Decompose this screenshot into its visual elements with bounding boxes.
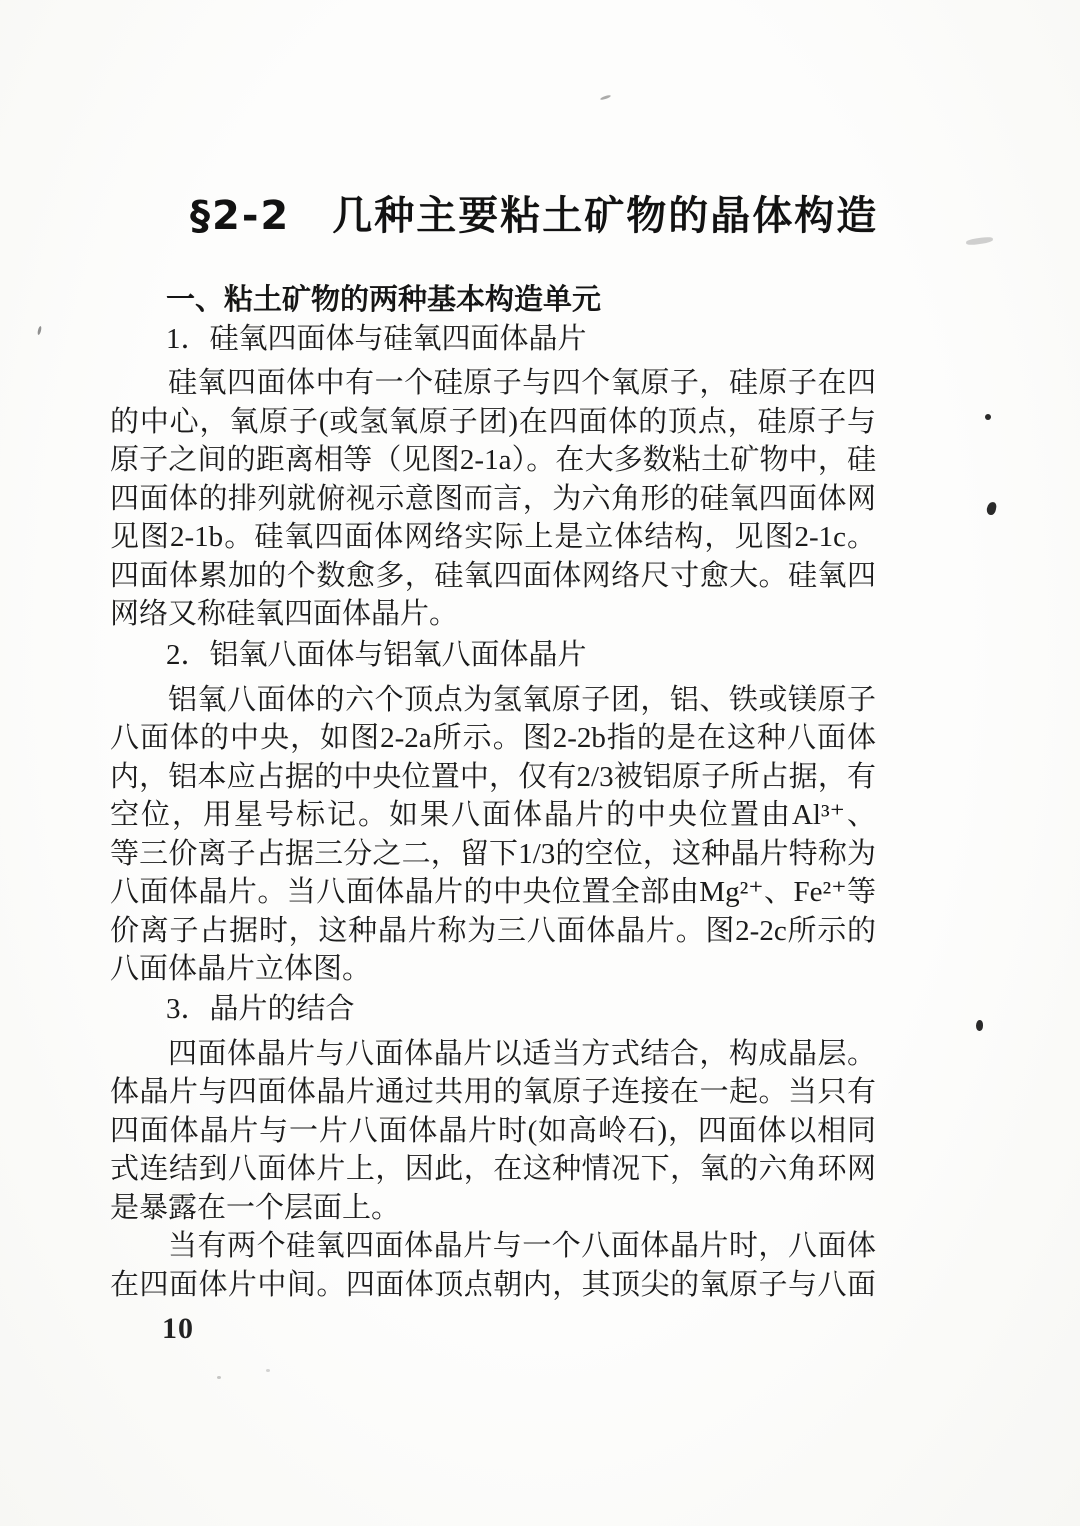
- paragraph-sheet-combination-2: 当有两个硅氧四面体晶片与一个八面体晶片时，八面体片夹 在四面体片中间。四面体顶点…: [110, 1227, 876, 1304]
- page-number: 10: [162, 1312, 194, 1346]
- body-line: 式连结到八面体片上，因此，在这种情况下，氧的六角环网络只: [110, 1150, 876, 1189]
- subheading-alumina-octahedron: 2．铝氧八面体与铝氧八面体晶片: [110, 640, 876, 670]
- body-line: 四面体累加的个数愈多，硅氧四面体网络尺寸愈大。硅氧四面体: [110, 557, 876, 596]
- body-line: 等三价离子占据三分之二，留下1/3的空位，这种晶片特称为二: [110, 835, 876, 874]
- body-line: 体晶片与四面体晶片通过共用的氧原子连接在一起。当只有一片: [110, 1073, 876, 1112]
- paragraph-alumina-octahedron: 铝氧八面体的六个顶点为氢氧原子团，铝、铁或镁原子居于 八面体的中央，如图2-2a…: [110, 681, 876, 989]
- body-line: 见图2-1b。硅氧四面体网络实际上是立体结构，见图2-1c。硅氧: [110, 518, 876, 557]
- body-line: 的中心，氧原子(或氢氧原子团)在四面体的顶点，硅原子与各氧: [110, 403, 876, 442]
- scan-speck: [966, 236, 994, 246]
- subheading-silica-tetrahedron: 1．硅氧四面体与硅氧四面体晶片: [110, 324, 876, 354]
- scan-speck: [985, 414, 991, 420]
- body-line: 在四面体片中间。四面体顶点朝内，其顶尖的氧原子与八面体片: [110, 1266, 876, 1305]
- paragraph-silica-tetrahedron: 硅氧四面体中有一个硅原子与四个氧原子，硅原子在四面体 的中心，氧原子(或氢氧原子…: [110, 364, 876, 634]
- body-line: 空位，用星号标记。如果八面体晶片的中央位置由Al³⁺、Fe³⁺: [110, 796, 876, 835]
- body-line: 八面体晶片立体图。: [110, 950, 876, 989]
- scan-speck: [976, 1020, 983, 1031]
- body-line: 四面体晶片与八面体晶片以适当方式结合，构成晶层。八面: [110, 1035, 876, 1074]
- body-line: 硅氧四面体中有一个硅原子与四个氧原子，硅原子在四面体: [110, 364, 876, 403]
- body-line: 是暴露在一个层面上。: [110, 1189, 876, 1228]
- body-line: 四面体的排列就俯视示意图而言，为六角形的硅氧四面体网络，: [110, 480, 876, 519]
- scan-speck: [986, 501, 997, 515]
- text-column: §2-2 几种主要粘土矿物的晶体构造 一、粘土矿物的两种基本构造单元 1．硅氧四…: [110, 192, 876, 1304]
- subheading-sheet-combination: 3．晶片的结合: [110, 994, 876, 1024]
- body-line: 当有两个硅氧四面体晶片与一个八面体晶片时，八面体片夹: [110, 1227, 876, 1266]
- scan-speck: [217, 1376, 221, 1379]
- body-line: 网络又称硅氧四面体晶片。: [110, 595, 876, 634]
- page-title: §2-2 几种主要粘土矿物的晶体构造: [110, 192, 876, 240]
- heading-basic-structural-units: 一、粘土矿物的两种基本构造单元: [110, 284, 876, 314]
- body-line: 铝氧八面体的六个顶点为氢氧原子团，铝、铁或镁原子居于: [110, 681, 876, 720]
- scan-speck: [600, 94, 611, 100]
- scan-speck: [266, 1369, 270, 1372]
- body-line: 八面体晶片。当八面体晶片的中央位置全部由Mg²⁺、Fe²⁺等二: [110, 873, 876, 912]
- body-line: 四面体晶片与一片八面体晶片时(如高岭石)，四面体以相同的方: [110, 1112, 876, 1151]
- body-line: 内，铝本应占据的中央位置中，仅有2/3被铝原子所占据，有1/₃: [110, 758, 876, 797]
- scan-speck: [37, 326, 42, 335]
- scanned-book-page: §2-2 几种主要粘土矿物的晶体构造 一、粘土矿物的两种基本构造单元 1．硅氧四…: [0, 0, 1080, 1526]
- paragraph-sheet-combination-1: 四面体晶片与八面体晶片以适当方式结合，构成晶层。八面 体晶片与四面体晶片通过共用…: [110, 1035, 876, 1228]
- body-line: 价离子占据时，这种晶片称为三八面体晶片。图2-2c所示的是三: [110, 912, 876, 951]
- body-line: 原子之间的距离相等（见图2-1a）。在大多数粘土矿物中，硅氧: [110, 441, 876, 480]
- body-line: 八面体的中央，如图2-2a所示。图2-2b指的是在这种八面体晶片: [110, 719, 876, 758]
